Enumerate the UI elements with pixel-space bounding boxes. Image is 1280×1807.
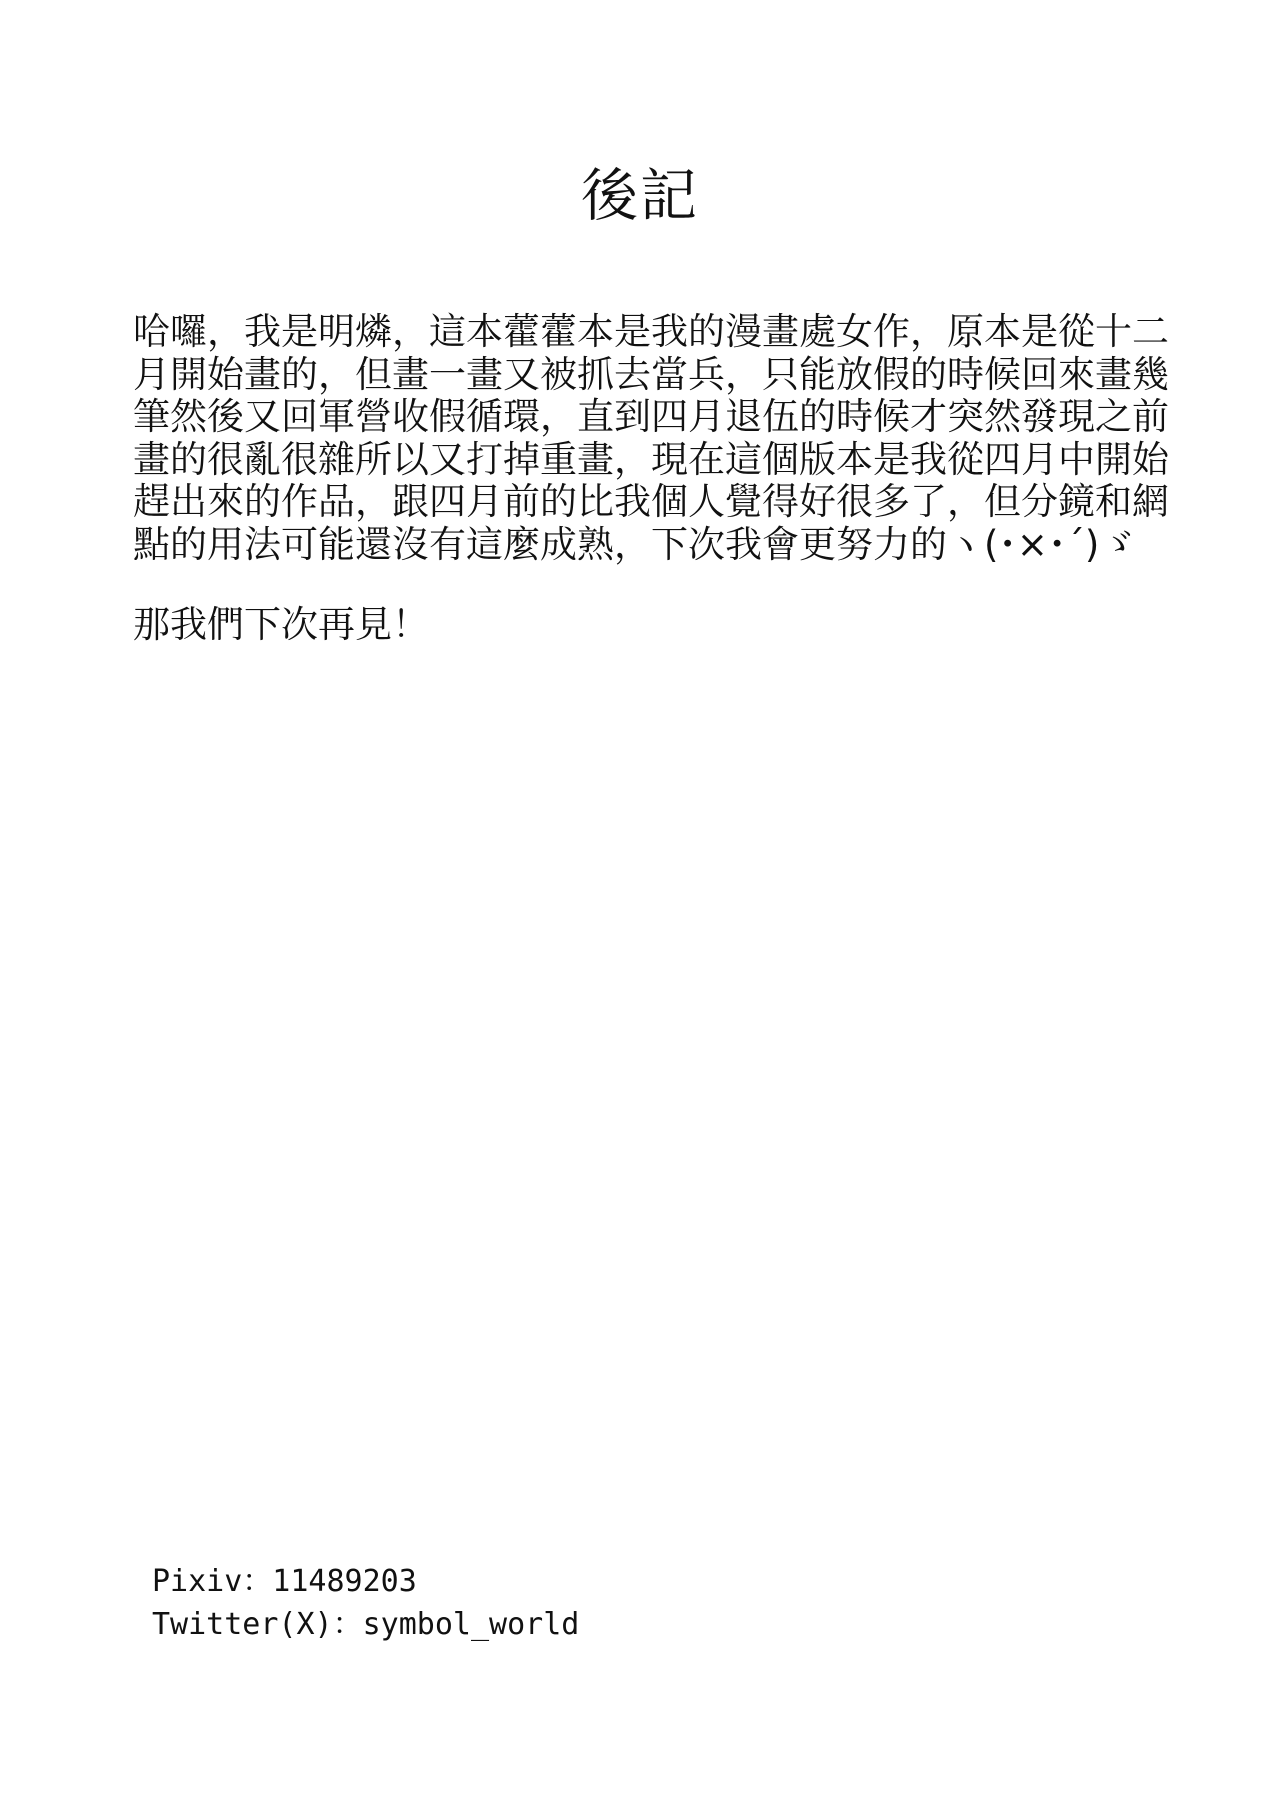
page-title: 後記: [0, 168, 1280, 225]
paragraph-line: 趕出來的作品，跟四月前的比我個人覺得好很多了，但分鏡和網: [133, 481, 1169, 524]
paragraph-line: 哈囉，我是明燐，這本藿藿本是我的漫畫處女作，原本是從十二: [133, 311, 1169, 354]
contact-block: Pixiv：11489203 Twitter(X)：symbol_world: [152, 1560, 579, 1646]
paragraph-line: 點的用法可能還沒有這麼成熟，下次我會更努力的ヽ(･×･´)ゞ: [133, 524, 1169, 567]
afterword-page: 後記 哈囉，我是明燐，這本藿藿本是我的漫畫處女作，原本是從十二 月開始畫的，但畫…: [0, 0, 1280, 1807]
afterword-paragraph: 哈囉，我是明燐，這本藿藿本是我的漫畫處女作，原本是從十二 月開始畫的，但畫一畫又…: [133, 311, 1169, 567]
twitter-contact: Twitter(X)：symbol_world: [152, 1603, 579, 1646]
paragraph-line: 筆然後又回軍營收假循環，直到四月退伍的時候才突然發現之前: [133, 396, 1169, 439]
pixiv-contact: Pixiv：11489203: [152, 1560, 579, 1603]
paragraph-line: 月開始畫的，但畫一畫又被抓去當兵，只能放假的時候回來畫幾: [133, 354, 1169, 397]
closing-line: 那我們下次再見！: [133, 604, 429, 647]
paragraph-line: 畫的很亂很雜所以又打掉重畫，現在這個版本是我從四月中開始: [133, 439, 1169, 482]
